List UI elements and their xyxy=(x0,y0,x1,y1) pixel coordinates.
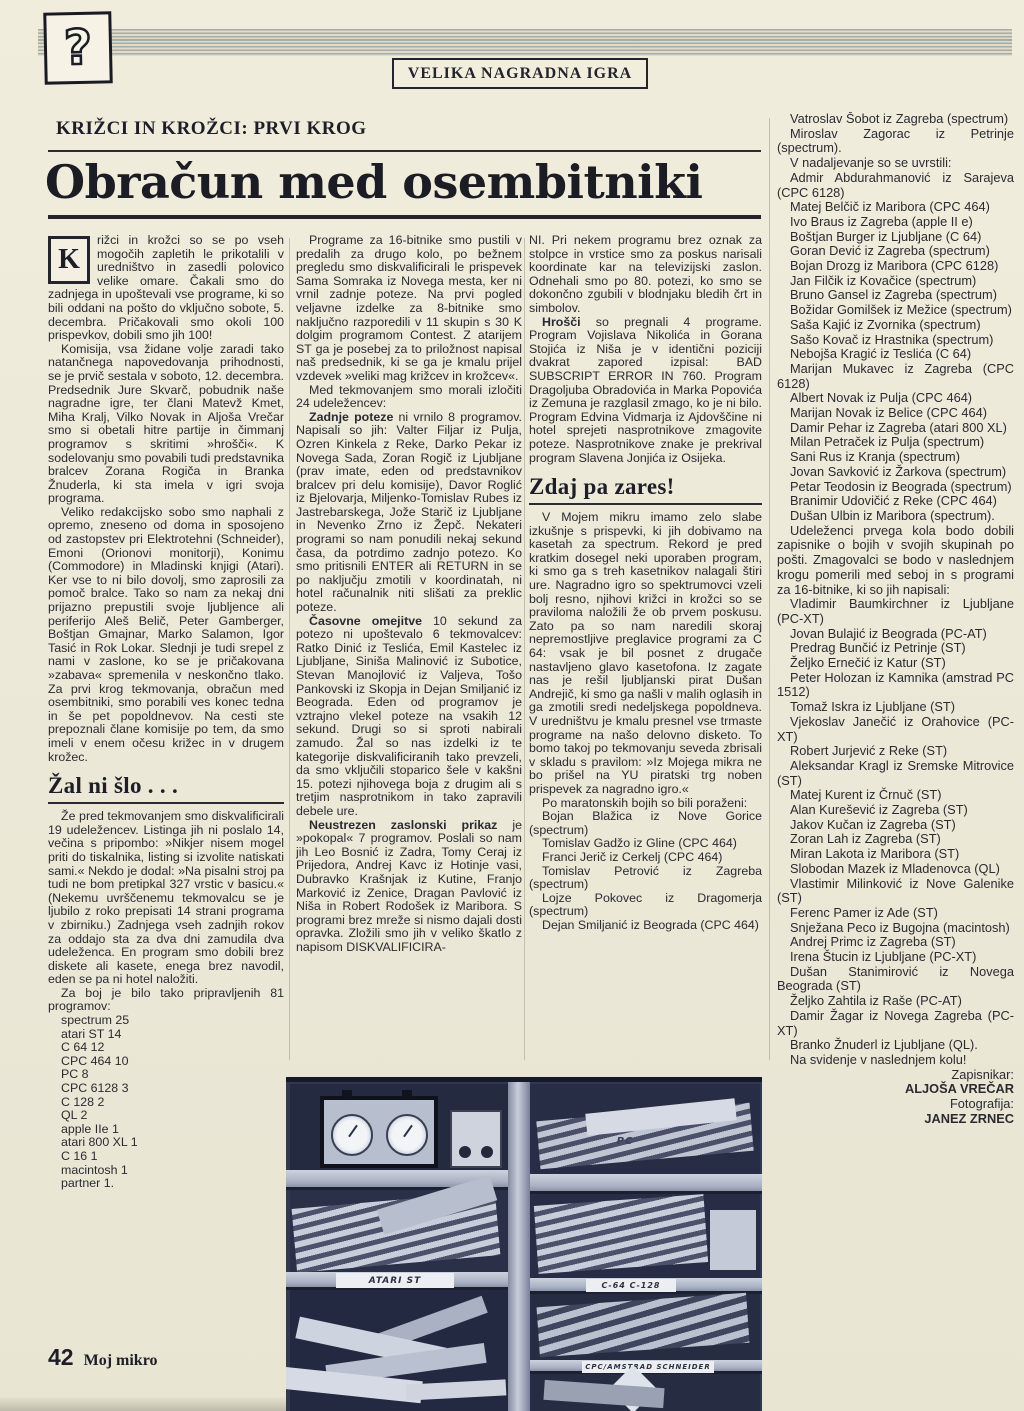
participant-entry: Tomislav Gadžo iz Gline (CPC 464) xyxy=(529,837,762,851)
participant-entry: Branimir Udovičić z Reke (CPC 464) xyxy=(777,494,1014,509)
participant-entry: Bojan Blažica iz Nove Gorice (spectrum) xyxy=(529,810,762,837)
participant-entry: Miran Lakota iz Maribora (ST) xyxy=(777,847,1014,862)
paragraph: Hrošči so pregnali 4 programe. Program V… xyxy=(529,316,762,466)
platform-count-item: apple IIe 1 xyxy=(48,1123,284,1137)
participant-entry: Zoran Lah iz Zagreba (ST) xyxy=(777,832,1014,847)
participant-entry: Vatroslav Šobot iz Zagreba (spectrum) xyxy=(777,112,1014,127)
participant-entry: Damir Pehar iz Zagreba (atari 800 XL) xyxy=(777,421,1014,436)
participant-entry: Predrag Bunčić iz Petrinje (ST) xyxy=(777,641,1014,656)
participant-entry: Matej Belčič iz Maribora (CPC 464) xyxy=(777,200,1014,215)
paper-stack xyxy=(534,1194,708,1274)
participant-entry: Goran Dević iz Zagreba (spectrum) xyxy=(777,244,1014,259)
shelf-label-cpc-amstrad: CPC/AMSTRAD SCHNEIDER xyxy=(582,1361,714,1373)
paragraph: Križci in krožci so se po vseh mogočih z… xyxy=(48,234,284,343)
chess-clock xyxy=(320,1096,438,1168)
paragraph: Veliko redakcijsko sobo smo naphali z op… xyxy=(48,506,284,764)
platform-count-item: atari ST 14 xyxy=(48,1028,284,1042)
contest-badge: VELIKA NAGRADNA IGRA xyxy=(392,58,648,89)
participant-entry: Željko Ernečić iz Katur (ST) xyxy=(777,656,1014,671)
kicker-rule xyxy=(48,150,761,152)
section-heading: Žal ni šlo . . . xyxy=(48,773,284,799)
participant-entry: Dejan Smiljanić iz Beograda (CPC 464) xyxy=(529,919,762,933)
bold-lead-in: Hrošči xyxy=(542,315,581,329)
magazine-page: ? VELIKA NAGRADNA IGRA KRIŽCI IN KROŽCI:… xyxy=(0,0,1024,1411)
article-column-3: NI. Pri nekem programu brez oznak za sto… xyxy=(529,234,762,1070)
platform-count-item: spectrum 25 xyxy=(48,1014,284,1028)
clock-dial xyxy=(331,1114,373,1156)
participant-entry: Bojan Drozg iz Maribora (CPC 6128) xyxy=(777,259,1014,274)
magazine-name: Moj mikro xyxy=(84,1352,158,1370)
participant-entry: Jovan Savković iz Žarkova (spectrum) xyxy=(777,465,1014,480)
participant-entry: Robert Jurjević z Reke (ST) xyxy=(777,744,1014,759)
column-divider xyxy=(289,238,290,1060)
participant-entry: Nebojša Kragić iz Teslića (C 64) xyxy=(777,347,1014,362)
clock-button xyxy=(342,1090,352,1098)
platform-count-item: CPC 464 10 xyxy=(48,1055,284,1069)
title-rule xyxy=(48,215,761,219)
box-knob xyxy=(481,1146,493,1158)
participant-entry: Jovan Bulajić iz Beograda (PC-AT) xyxy=(777,627,1014,642)
participant-entry: Petar Teodosin iz Beograda (spectrum) xyxy=(777,480,1014,495)
platform-count-item: partner 1. xyxy=(48,1177,284,1191)
platform-count-item: PC 8 xyxy=(48,1068,284,1082)
article-column-1: Križci in krožci so se po vseh mogočih z… xyxy=(48,234,284,1338)
paragraph: NI. Pri nekem programu brez oznak za sto… xyxy=(529,234,762,316)
scan-edge-shadow xyxy=(0,1396,286,1411)
credit-role: Zapisnikar: xyxy=(777,1068,1014,1083)
participant-entry: Andrej Primc iz Zagreba (ST) xyxy=(777,935,1014,950)
participant-entry: Snježana Peco iz Bugojna (macintosh) xyxy=(777,921,1014,936)
participant-entry: Bruno Gansel iz Zagreba (spectrum) xyxy=(777,288,1014,303)
participant-entry: Marijan Novak iz Belice (CPC 464) xyxy=(777,406,1014,421)
qualified-participants-column: Vatroslav Šobot iz Zagreba (spectrum)Mir… xyxy=(777,112,1014,1354)
participant-entry: Alan Kurešević iz Zagreba (ST) xyxy=(777,803,1014,818)
participant-entry: Damir Žagar iz Novega Zagreba (PC-XT) xyxy=(777,1009,1014,1038)
participant-entry: Ivo Braus iz Zagreba (apple II e) xyxy=(777,215,1014,230)
question-mark-icon: ? xyxy=(55,20,100,77)
participant-entry: Milan Petraček iz Pulja (spectrum) xyxy=(777,435,1014,450)
participant-entry: Boštjan Burger iz Ljubljane (C 64) xyxy=(777,230,1014,245)
clock-dial xyxy=(386,1114,428,1156)
participant-entry: Peter Holozan iz Kamnika (amstrad PC 151… xyxy=(777,671,1014,700)
participant-entry: Jan Filčik iz Kovačice (spectrum) xyxy=(777,274,1014,289)
paragraph: Za boj je bilo tako pripravljenih 81 pro… xyxy=(48,987,284,1014)
paragraph: Po maratonskih bojih so bili poraženi: xyxy=(529,797,762,811)
participant-entry: Vladimir Baumkirchner iz Ljubljane (PC-X… xyxy=(777,597,1014,626)
participant-entry: Marijan Mukavec iz Zagreba (CPC 6128) xyxy=(777,362,1014,391)
header-stripes xyxy=(38,29,1012,56)
credit-name: ALJOŠA VREČAR xyxy=(777,1082,1014,1097)
participant-entry: Slobodan Mazek iz Mladenovca (QL) xyxy=(777,862,1014,877)
participant-entry: Miroslav Zagorac iz Petrinje (spectrum). xyxy=(777,127,1014,156)
participant-entry: Jakov Kučan iz Zagreba (ST) xyxy=(777,818,1014,833)
paragraph: V nadaljevanje so se uvrstili: xyxy=(777,156,1014,171)
platform-count-item: QL 2 xyxy=(48,1109,284,1123)
platform-count-item: C 16 1 xyxy=(48,1150,284,1164)
platform-count-item: macintosh 1 xyxy=(48,1164,284,1178)
column-divider xyxy=(524,238,525,1060)
participant-entry: Lojze Pokovec iz Dragomerja (spectrum) xyxy=(529,892,762,919)
participant-entry: Dušan Stanimirović iz Novega Beograda (S… xyxy=(777,965,1014,994)
platform-count-item: CPC 6128 3 xyxy=(48,1082,284,1096)
clock-button xyxy=(402,1090,412,1098)
participant-entry: Matej Kurent iz Črnuč (ST) xyxy=(777,788,1014,803)
shelf-post xyxy=(508,1082,530,1411)
competition-photo: PC ATARI ST C-64 C-128 CP xyxy=(286,1077,762,1411)
participant-entry: Franci Jerič iz Cerkelj (CPC 464) xyxy=(529,851,762,865)
paragraph: Neustrezen zaslonski prikaz je »pokopal«… xyxy=(296,819,522,955)
participant-entry: Sani Rus iz Kranja (spectrum) xyxy=(777,450,1014,465)
svg-text:?: ? xyxy=(63,20,92,77)
participant-entry: Albert Novak iz Pulja (CPC 464) xyxy=(777,391,1014,406)
credit-name: JANEZ ZRNEC xyxy=(777,1112,1014,1127)
contest-badge-label: VELIKA NAGRADNA IGRA xyxy=(408,65,632,83)
participant-entry: Sašo Kovač iz Hrastnika (spectrum) xyxy=(777,333,1014,348)
heading-rule xyxy=(529,503,762,505)
participant-entry: Admir Abdurahmanović iz Sarajeva (CPC 61… xyxy=(777,171,1014,200)
participant-entry: Željko Zahtila iz Raše (PC-AT) xyxy=(777,994,1014,1009)
box-knob xyxy=(459,1146,471,1158)
participant-entry: Branko Žnuderl iz Ljubljane (QL). xyxy=(777,1038,1014,1053)
shelf-label-atari-st: ATARI ST xyxy=(336,1273,454,1288)
paragraph: Na svidenje v naslednjem kolu! xyxy=(777,1053,1014,1068)
paragraph: Udeleženci prvega kola bodo dobili zapis… xyxy=(777,524,1014,598)
question-mark-logo: ? xyxy=(43,11,112,84)
page-footer: 42 Moj mikro xyxy=(48,1344,158,1371)
participant-entry: Aleksandar Kragl iz Sremske Mitrovice (S… xyxy=(777,759,1014,788)
drop-cap: K xyxy=(48,236,90,284)
small-box xyxy=(450,1110,502,1168)
shelf-label-c64-c128: C-64 C-128 xyxy=(586,1279,676,1292)
participant-entry: Vlastimir Milinković iz Nove Galenike (S… xyxy=(777,877,1014,906)
bold-lead-in: Časovne omejitve xyxy=(309,614,422,628)
participant-entry: Vjekoslav Janečić iz Orahovice (PC-XT) xyxy=(777,715,1014,744)
section-heading: Zdaj pa zares! xyxy=(529,474,762,500)
paragraph: Med tekmovanjem smo morali izločiti 24 u… xyxy=(296,384,522,411)
participant-entry: Božidar Gomilšek iz Mežice (spectrum) xyxy=(777,303,1014,318)
paragraph: Zadnje poteze ni vrnilo 8 programov. Nap… xyxy=(296,411,522,615)
platform-count-item: atari 800 XL 1 xyxy=(48,1136,284,1150)
participant-entry: Saša Kajić iz Zvornika (spectrum) xyxy=(777,318,1014,333)
participant-entry: Tomaž Iskra iz Ljubljane (ST) xyxy=(777,700,1014,715)
paragraph: V Mojem mikru imamo zelo slabe izkušnje … xyxy=(529,511,762,796)
white-box xyxy=(710,1210,756,1270)
participant-entry: Irena Štucin iz Ljubljane (PC-XT) xyxy=(777,950,1014,965)
bold-lead-in: Neustrezen zaslonski prikaz xyxy=(309,818,497,832)
participant-entry: Tomislav Petrović iz Zagreba (spectrum) xyxy=(529,865,762,892)
page-number: 42 xyxy=(48,1344,74,1371)
kicker: KRIŽCI IN KROŽCI: PRVI KROG xyxy=(56,118,367,140)
shelf-label-pc: PC xyxy=(608,1134,642,1149)
paragraph: Programe za 16-bitnike smo pustili v pre… xyxy=(296,234,522,384)
platform-count-item: C 128 2 xyxy=(48,1096,284,1110)
page-title: Obračun med osembitniki xyxy=(45,155,765,209)
paragraph: Časovne omejitve 10 sekund za potezo ni … xyxy=(296,615,522,819)
heading-rule xyxy=(48,802,284,804)
article-column-2: Programe za 16-bitnike smo pustili v pre… xyxy=(296,234,522,1070)
platform-count-item: C 64 12 xyxy=(48,1041,284,1055)
column-divider xyxy=(769,118,770,1060)
credit-role: Fotografija: xyxy=(777,1097,1014,1112)
participant-entry: Ferenc Pamer iz Ade (ST) xyxy=(777,906,1014,921)
paragraph: Komisija, vsa židane volje zaradi tako n… xyxy=(48,343,284,506)
paragraph: Že pred tekmovanjem smo diskvalificirali… xyxy=(48,810,284,987)
bold-lead-in: Zadnje poteze xyxy=(309,410,393,424)
shelf-board xyxy=(530,1174,762,1194)
participant-entry: Dušan Ulbin iz Maribora (spectrum). xyxy=(777,509,1014,524)
